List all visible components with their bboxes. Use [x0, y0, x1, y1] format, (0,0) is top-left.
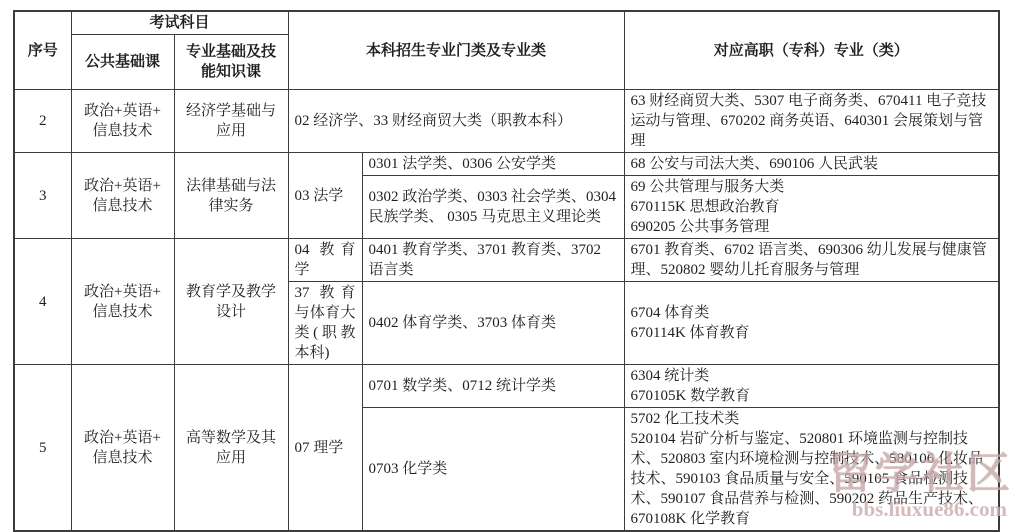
- cell-undergrad-category: 02 经济学、33 财经商贸大类（职教本科）: [288, 90, 624, 153]
- cell-professional-course: 高等数学及其 应用: [174, 365, 288, 532]
- cell-professional-course: 经济学基础与 应用: [174, 90, 288, 153]
- cell-vocational-majors: 6701 教育类、6702 语言类、690306 幼儿发展与健康管理、52080…: [624, 239, 999, 282]
- cell-serial: 4: [14, 239, 71, 365]
- cell-serial: 2: [14, 90, 71, 153]
- header-vocational-majors: 对应高职（专科）专业（类）: [624, 11, 999, 90]
- cell-vocational-majors: 5702 化工技术类 520104 岩矿分析与鉴定、520801 环境监测与控制…: [624, 408, 999, 532]
- cell-public-basic: 政治+英语+ 信息技术: [71, 365, 174, 532]
- cell-professional-course: 教育学及教学 设计: [174, 239, 288, 365]
- cell-vocational-majors: 6704 体育类 670114K 体育教育: [624, 282, 999, 365]
- cell-majors-class: 0302 政治学类、0303 社会学类、0304 民族学类、 0305 马克思主…: [362, 176, 624, 239]
- header-professional-basic: 专业基础及技 能知识课: [174, 35, 288, 90]
- cell-public-basic: 政治+英语+ 信息技术: [71, 239, 174, 365]
- header-serial: 序号: [14, 11, 71, 90]
- cell-majors-class: 0703 化学类: [362, 408, 624, 532]
- header-exam-subjects: 考试科目: [71, 11, 288, 35]
- table-row: 3 政治+英语+ 信息技术 法律基础与法 律实务 03 法学 0301 法学类、…: [14, 153, 999, 176]
- cell-majors-class: 0402 体育学类、3703 体育类: [362, 282, 624, 365]
- cell-public-basic: 政治+英语+ 信息技术: [71, 90, 174, 153]
- exam-subjects-table: 序号 考试科目 本科招生专业门类及专业类 对应高职（专科）专业（类） 公共基础课…: [13, 10, 1000, 532]
- table-row: 5 政治+英语+ 信息技术 高等数学及其 应用 07 理学 0701 数学类、0…: [14, 365, 999, 408]
- cell-undergrad-category: 07 理学: [288, 365, 362, 532]
- cell-serial: 3: [14, 153, 71, 239]
- cell-undergrad-category: 04 教育学: [288, 239, 362, 282]
- cell-undergrad-category: 37 教育与体育大类(职教本科): [288, 282, 362, 365]
- table-row: 4 政治+英语+ 信息技术 教育学及教学 设计 04 教育学 0401 教育学类…: [14, 239, 999, 282]
- cell-professional-course: 法律基础与法 律实务: [174, 153, 288, 239]
- table-row: 2 政治+英语+ 信息技术 经济学基础与 应用 02 经济学、33 财经商贸大类…: [14, 90, 999, 153]
- cell-majors-class: 0401 教育学类、3701 教育类、3702 语言类: [362, 239, 624, 282]
- header-row-1: 序号 考试科目 本科招生专业门类及专业类 对应高职（专科）专业（类）: [14, 11, 999, 35]
- cell-vocational-majors: 68 公安与司法大类、690106 人民武装: [624, 153, 999, 176]
- cell-public-basic: 政治+英语+ 信息技术: [71, 153, 174, 239]
- cell-undergrad-category: 03 法学: [288, 153, 362, 239]
- header-public-basic: 公共基础课: [71, 35, 174, 90]
- cell-vocational-majors: 69 公共管理与服务大类 670115K 思想政治教育 690205 公共事务管…: [624, 176, 999, 239]
- header-undergrad-majors: 本科招生专业门类及专业类: [288, 11, 624, 90]
- cell-majors-class: 0301 法学类、0306 公安学类: [362, 153, 624, 176]
- cell-vocational-majors: 6304 统计类 670105K 数学教育: [624, 365, 999, 408]
- cell-serial: 5: [14, 365, 71, 532]
- cell-majors-class: 0701 数学类、0712 统计学类: [362, 365, 624, 408]
- cell-vocational-majors: 63 财经商贸大类、5307 电子商务类、670411 电子竞技运动与管理、67…: [624, 90, 999, 153]
